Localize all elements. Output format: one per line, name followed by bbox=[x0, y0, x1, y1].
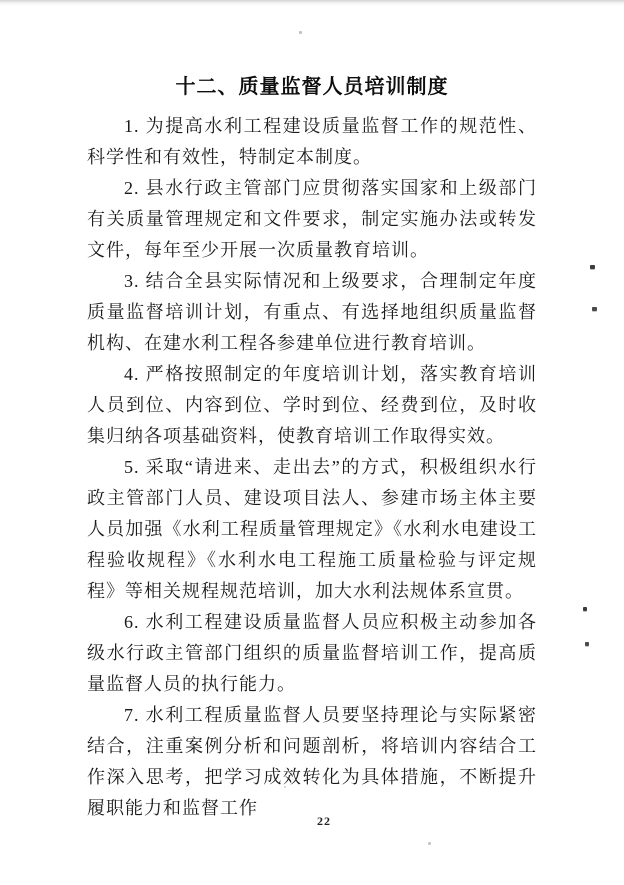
paragraph-6: 6. 水利工程建设质量监督人员应积极主动参加各级水行政主管部门组织的质量监督培训… bbox=[87, 607, 537, 700]
paragraph-5: 5. 采取“请进来、走出去”的方式，积极组织水行政主管部门人员、建设项目法人、参… bbox=[87, 452, 537, 607]
scan-artifact bbox=[299, 31, 302, 34]
paragraph-3: 3. 结合全县实际情况和上级要求，合理制定年度质量监督培训计划，有重点、有选择地… bbox=[87, 266, 537, 359]
paragraph-7: 7. 水利工程质量监督人员要坚持理论与实际紧密结合，注重案例分析和问题剖析，将培… bbox=[87, 700, 537, 824]
paragraph-4: 4. 严格按照制定的年度培训计划，落实教育培训人员到位、内容到位、学时到位、经费… bbox=[87, 359, 537, 452]
scan-artifact bbox=[583, 607, 587, 611]
page-number: 22 bbox=[0, 814, 624, 829]
scan-artifact bbox=[590, 265, 595, 269]
document-title: 十二、质量监督人员培训制度 bbox=[0, 74, 624, 100]
document-body: 1. 为提高水利工程建设质量监督工作的规范性、科学性和有效性，特制定本制度。 2… bbox=[87, 111, 537, 824]
scan-edge-shadow bbox=[0, 0, 624, 6]
scan-artifact bbox=[428, 842, 431, 845]
scan-artifact bbox=[585, 642, 589, 646]
scanned-document-page: 十二、质量监督人员培训制度 1. 为提高水利工程建设质量监督工作的规范性、科学性… bbox=[0, 0, 624, 885]
paragraph-2: 2. 县水行政主管部门应贯彻落实国家和上级部门有关质量管理规定和文件要求，制定实… bbox=[87, 173, 537, 266]
paragraph-1: 1. 为提高水利工程建设质量监督工作的规范性、科学性和有效性，特制定本制度。 bbox=[87, 111, 537, 173]
scan-artifact bbox=[592, 307, 597, 311]
